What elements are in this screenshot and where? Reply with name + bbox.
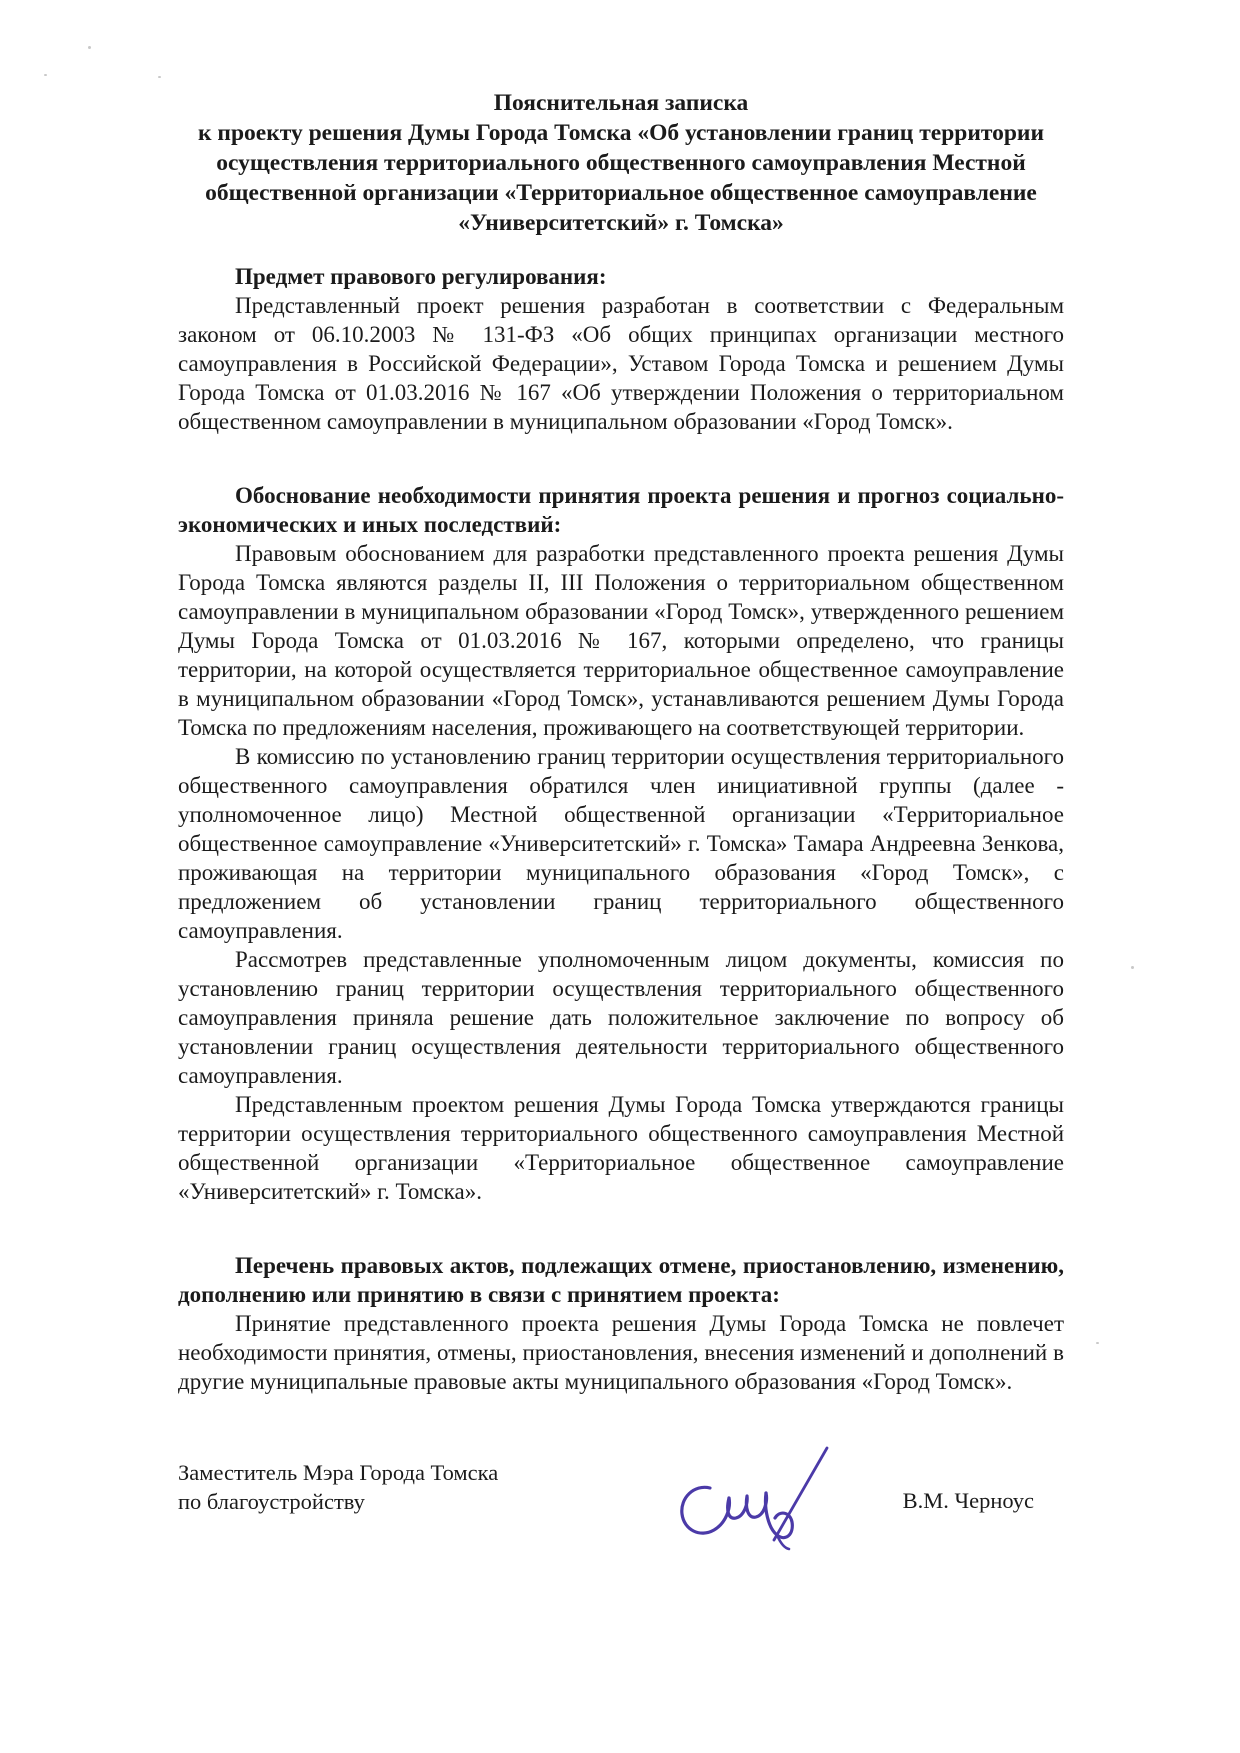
document-title: Пояснительная записка к проекту решения …	[178, 88, 1064, 238]
scan-speck	[88, 46, 91, 49]
document-title-line: «Университетский» г. Томска»	[178, 208, 1064, 238]
section-heading-justification: Обоснование необходимости принятия проек…	[178, 481, 1064, 539]
scanned-document-page: Пояснительная записка к проекту решения …	[0, 0, 1240, 1753]
scan-speck	[1096, 1342, 1099, 1344]
paragraph: Рассмотрев представленные уполномоченным…	[178, 945, 1064, 1090]
scan-speck	[1131, 966, 1134, 969]
document-title-line: Пояснительная записка	[178, 88, 1064, 118]
scan-speck	[44, 74, 47, 76]
paragraph: Принятие представленного проекта решения…	[178, 1309, 1064, 1396]
paragraph: Правовым обоснованием для разработки пре…	[178, 539, 1064, 742]
section-heading-acts-list: Перечень правовых актов, подлежащих отме…	[178, 1251, 1064, 1309]
scan-speck	[158, 76, 161, 78]
handwritten-signature	[676, 1436, 836, 1556]
signature-block: Заместитель Мэра Города Томска по благоу…	[178, 1458, 1064, 1588]
document-title-line: к проекту решения Думы Города Томска «Об…	[178, 118, 1064, 148]
signatory-name: В.М. Черноус	[903, 1486, 1034, 1515]
paragraph: Представленным проектом решения Думы Гор…	[178, 1090, 1064, 1206]
paragraph: Представленный проект решения разработан…	[178, 291, 1064, 436]
document-title-line: осуществления территориального обществен…	[178, 148, 1064, 178]
document-title-line: общественной организации «Территориально…	[178, 178, 1064, 208]
section-heading-subject: Предмет правового регулирования:	[178, 262, 1064, 291]
document-body: Пояснительная записка к проекту решения …	[178, 88, 1064, 1588]
paragraph: В комиссию по установлению границ террит…	[178, 742, 1064, 945]
